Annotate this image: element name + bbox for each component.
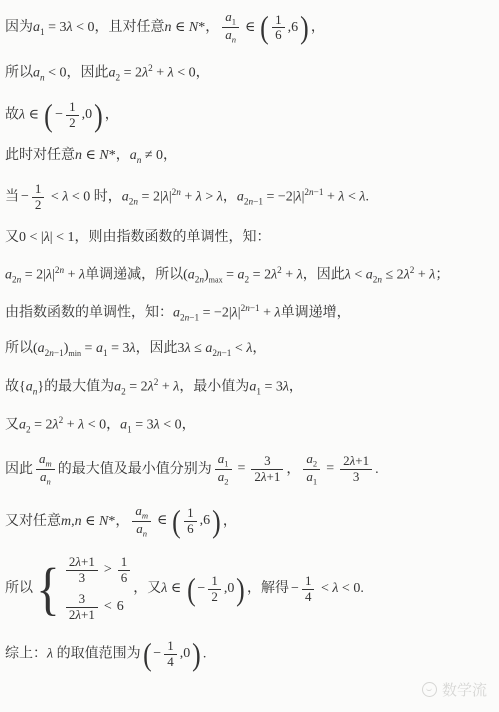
math-line-15: 综上：λ 的取值范围为(−14,0). [5, 639, 496, 670]
solution-document: 因为a1 = 3λ < 0，且对任意n ∈ N*，a1an∈(16,6)， 所以… [0, 0, 499, 670]
watermark-label: 数学流 [442, 679, 487, 700]
math-line-6: 又0 < |λ| < 1，则由指数函数的单调性，知： [5, 229, 496, 248]
math-line-13: 又对任意m,n ∈ N*，aman∈(16,6)， [5, 504, 496, 540]
math-line-7: a2n = 2|λ|2n + λ单调递减，所以(a2n)max = a2 = 2… [5, 264, 496, 286]
math-line-5: 当−12 < λ < 0 时，a2n = 2|λ|2n + λ > λ，a2n−… [5, 182, 496, 213]
math-line-12: 因此aman的最大值及最小值分别为a1a2=32λ+1，a2a1=2λ+13. [5, 452, 496, 488]
math-line-8: 由指数函数的单调性，知：a2n−1 = −2|λ|2n−1 + λ单调递增， [5, 302, 496, 324]
math-line-10: 故{an}的最大值为a2 = 2λ2 + λ，最小值为a1 = 3λ， [5, 376, 496, 398]
math-line-11: 又a2 = 2λ2 + λ < 0，a1 = 3λ < 0， [5, 414, 496, 436]
math-line-4: 此时对任意n ∈ N*，an ≠ 0， [5, 147, 496, 166]
math-line-14: 所以{2λ+13>1632λ+1<6，又λ ∈ (−12,0)，解得−14 < … [5, 555, 496, 623]
watermark: 数学流 [422, 679, 487, 700]
math-line-3: 故λ ∈ (−12,0)， [5, 100, 496, 131]
math-line-2: 所以an < 0，因此a2 = 2λ2 + λ < 0， [5, 62, 496, 84]
math-line-9: 所以(a2n−1)min = a1 = 3λ，因此3λ ≤ a2n−1 < λ， [5, 340, 496, 360]
mathstream-logo-icon [422, 682, 437, 697]
math-line-1: 因为a1 = 3λ < 0，且对任意n ∈ N*，a1an∈(16,6)， [5, 10, 496, 46]
